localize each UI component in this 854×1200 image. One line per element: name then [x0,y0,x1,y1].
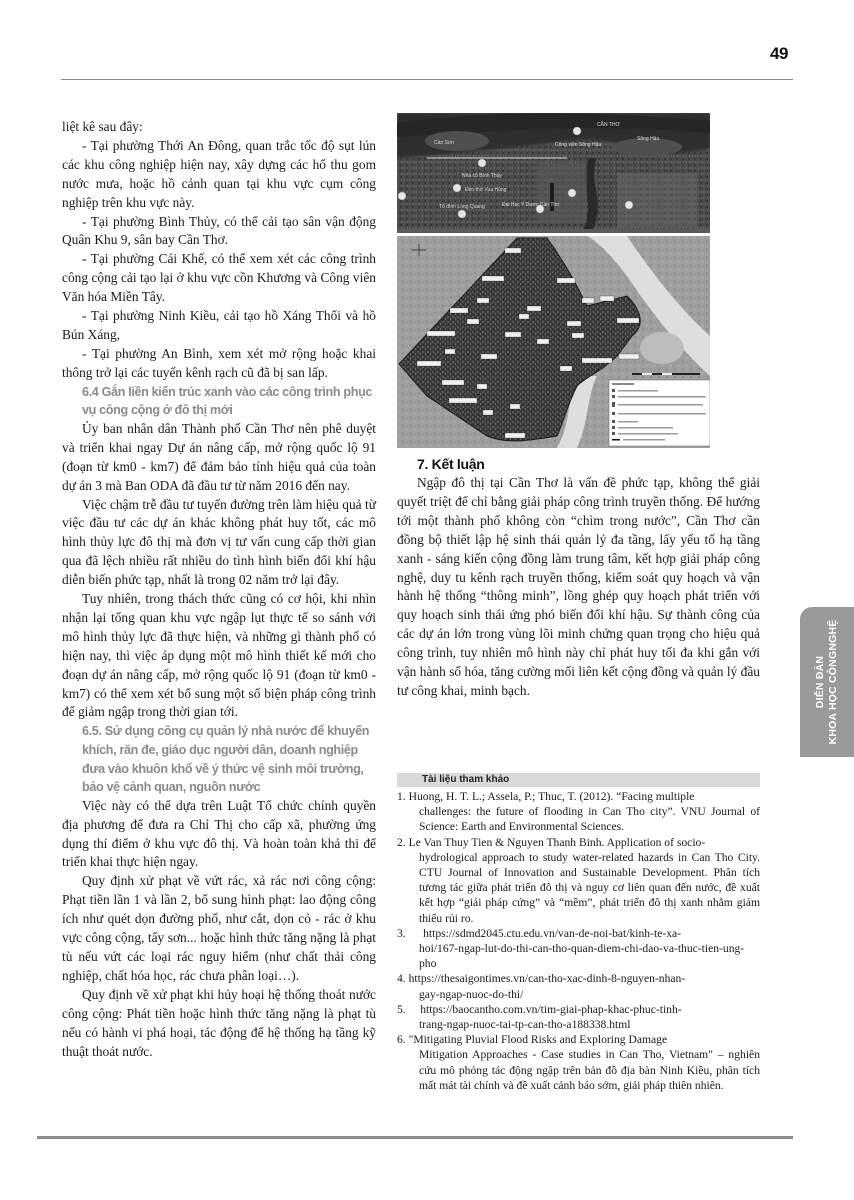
reference-link[interactable]: https://thesaigontimes.vn/can-tho-xac-di… [409,972,686,985]
section-heading-6-5: 6.5. Sử dụng công cụ quản lý nhà nước để… [62,722,376,796]
paragraph: Tuy nhiên, trong thách thức cũng có cơ h… [62,590,376,722]
references-list: 1. Huong, H. T. L.; Assela, P.; Thuc, T.… [397,789,760,1093]
side-tab-line2: KHOA HỌC CÔNGNGHỆ [827,620,840,745]
map-label: Nhà cổ Bình Thủy [462,172,502,179]
header-rule [61,79,793,80]
map-label: Cần Sơn [434,140,454,146]
paragraph: Việc này có thể dựa trên Luật Tổ chức ch… [62,797,376,873]
reference-number: 4. [397,972,406,985]
reference-text-cont: Mitigation Approaches - Case studies in … [397,1047,760,1093]
reference-link-cont[interactable]: trang-ngap-nuoc-tai-tp-can-tho-a188338.h… [397,1017,760,1032]
paragraph: liệt kê sau đây: [62,118,376,137]
paragraph: Việc chậm trễ đầu tư tuyến đường trên là… [62,496,376,591]
reference-item: 6. "Mitigating Pluvial Flood Risks and E… [397,1032,760,1093]
reference-text: Huong, H. T. L.; Assela, P.; Thuc, T. (2… [409,790,695,803]
map-label: Tổ đình Long Quang [439,203,485,210]
reference-item: 1. Huong, H. T. L.; Assela, P.; Thuc, T.… [397,789,760,835]
reference-item: 3. https://sdmd2045.ctu.edu.vn/van-de-no… [397,926,760,972]
reference-link-cont[interactable]: gay-ngap-nuoc-do-thi/ [397,987,760,1002]
map-legend [609,380,710,446]
map-label: CẦN THƠ [597,121,621,128]
paragraph: - Tại phường Cái Khế, có thể xem xét các… [62,250,376,307]
reference-number: 3. [397,927,406,940]
conclusion-paragraph: Ngập đô thị tại Cần Thơ là vấn đề phức t… [397,474,760,701]
section-side-tab: DIỄN ĐÀN KHOA HỌC CÔNGNGHỆ [800,607,854,757]
section-heading-6-4: 6.4 Gắn liền kiến trúc xanh vào các công… [62,383,376,420]
paragraph: - Tại phường Ninh Kiều, cải tạo hồ Xáng … [62,307,376,345]
paragraph: - Tại phường Thới An Đông, quan trắc tốc… [62,137,376,213]
footer-rule [37,1136,793,1139]
reference-text-cont: challenges: the future of flooding in Ca… [397,804,760,834]
map-label: Đền thờ Vua Hùng [465,187,507,193]
map-label: Đại Học Y Dược Cần Thơ [502,202,560,208]
reference-link-cont[interactable]: hoi/167-ngap-lut-do-thi-can-tho-quan-die… [397,941,760,971]
reference-number: 1. [397,790,406,803]
reference-text-cont: hydrological approach to study water-rel… [397,850,760,926]
conclusion-section: 7. Kết luận Ngập đô thị tại Cần Thơ là v… [397,455,760,701]
reference-item: 5. https://baocantho.com.vn/tim-giai-pha… [397,1002,760,1032]
paragraph: Quy định xử phạt về vứt rác, xả rác nơi … [62,872,376,985]
page-number: 49 [770,44,788,64]
paragraph: Quy định về xử phạt khi hủy hoại hệ thốn… [62,986,376,1062]
reference-text: "Mitigating Pluvial Flood Risks and Expl… [409,1033,668,1046]
side-tab-line1: DIỄN ĐÀN [814,656,827,708]
conclusion-heading: 7. Kết luận [397,455,760,474]
reference-item: 2. Le Van Thuy Tien & Nguyen Thanh Binh.… [397,835,760,926]
references-section: Tài liệu tham khảo 1. Huong, H. T. L.; A… [397,773,760,1093]
paragraph: - Tại phường An Bình, xem xét mở rộng ho… [62,345,376,383]
map-label: Sông Hậu [637,136,659,142]
reference-number: 2. [397,836,406,849]
district-flood-map-figure [397,236,710,448]
left-column: liệt kê sau đây: - Tại phường Thới An Đô… [62,118,376,1061]
satellite-map-image: Cần Sơn Công viên Sông Hậu CẦN THƠ Sông … [397,113,710,233]
reference-item: 4. https://thesaigontimes.vn/can-tho-xac… [397,971,760,1001]
reference-number: 6. [397,1033,406,1046]
reference-text: Le Van Thuy Tien & Nguyen Thanh Binh. Ap… [409,836,706,849]
paragraph: Ủy ban nhân dân Thành phố Cần Thơ nên ph… [62,420,376,496]
map-label: Công viên Sông Hậu [555,142,601,148]
reference-link[interactable]: https://baocantho.com.vn/tim-giai-phap-k… [420,1003,681,1016]
reference-number: 5. [397,1003,406,1016]
district-flood-map-image [397,236,710,448]
references-heading: Tài liệu tham khảo [397,773,760,787]
satellite-map-figure: Cần Sơn Công viên Sông Hậu CẦN THƠ Sông … [397,113,710,233]
paragraph: - Tại phường Bình Thủy, có thể cải tạo s… [62,213,376,251]
reference-link[interactable]: https://sdmd2045.ctu.edu.vn/van-de-noi-b… [423,927,681,940]
side-tab-label: DIỄN ĐÀN KHOA HỌC CÔNGNGHỆ [800,607,854,757]
